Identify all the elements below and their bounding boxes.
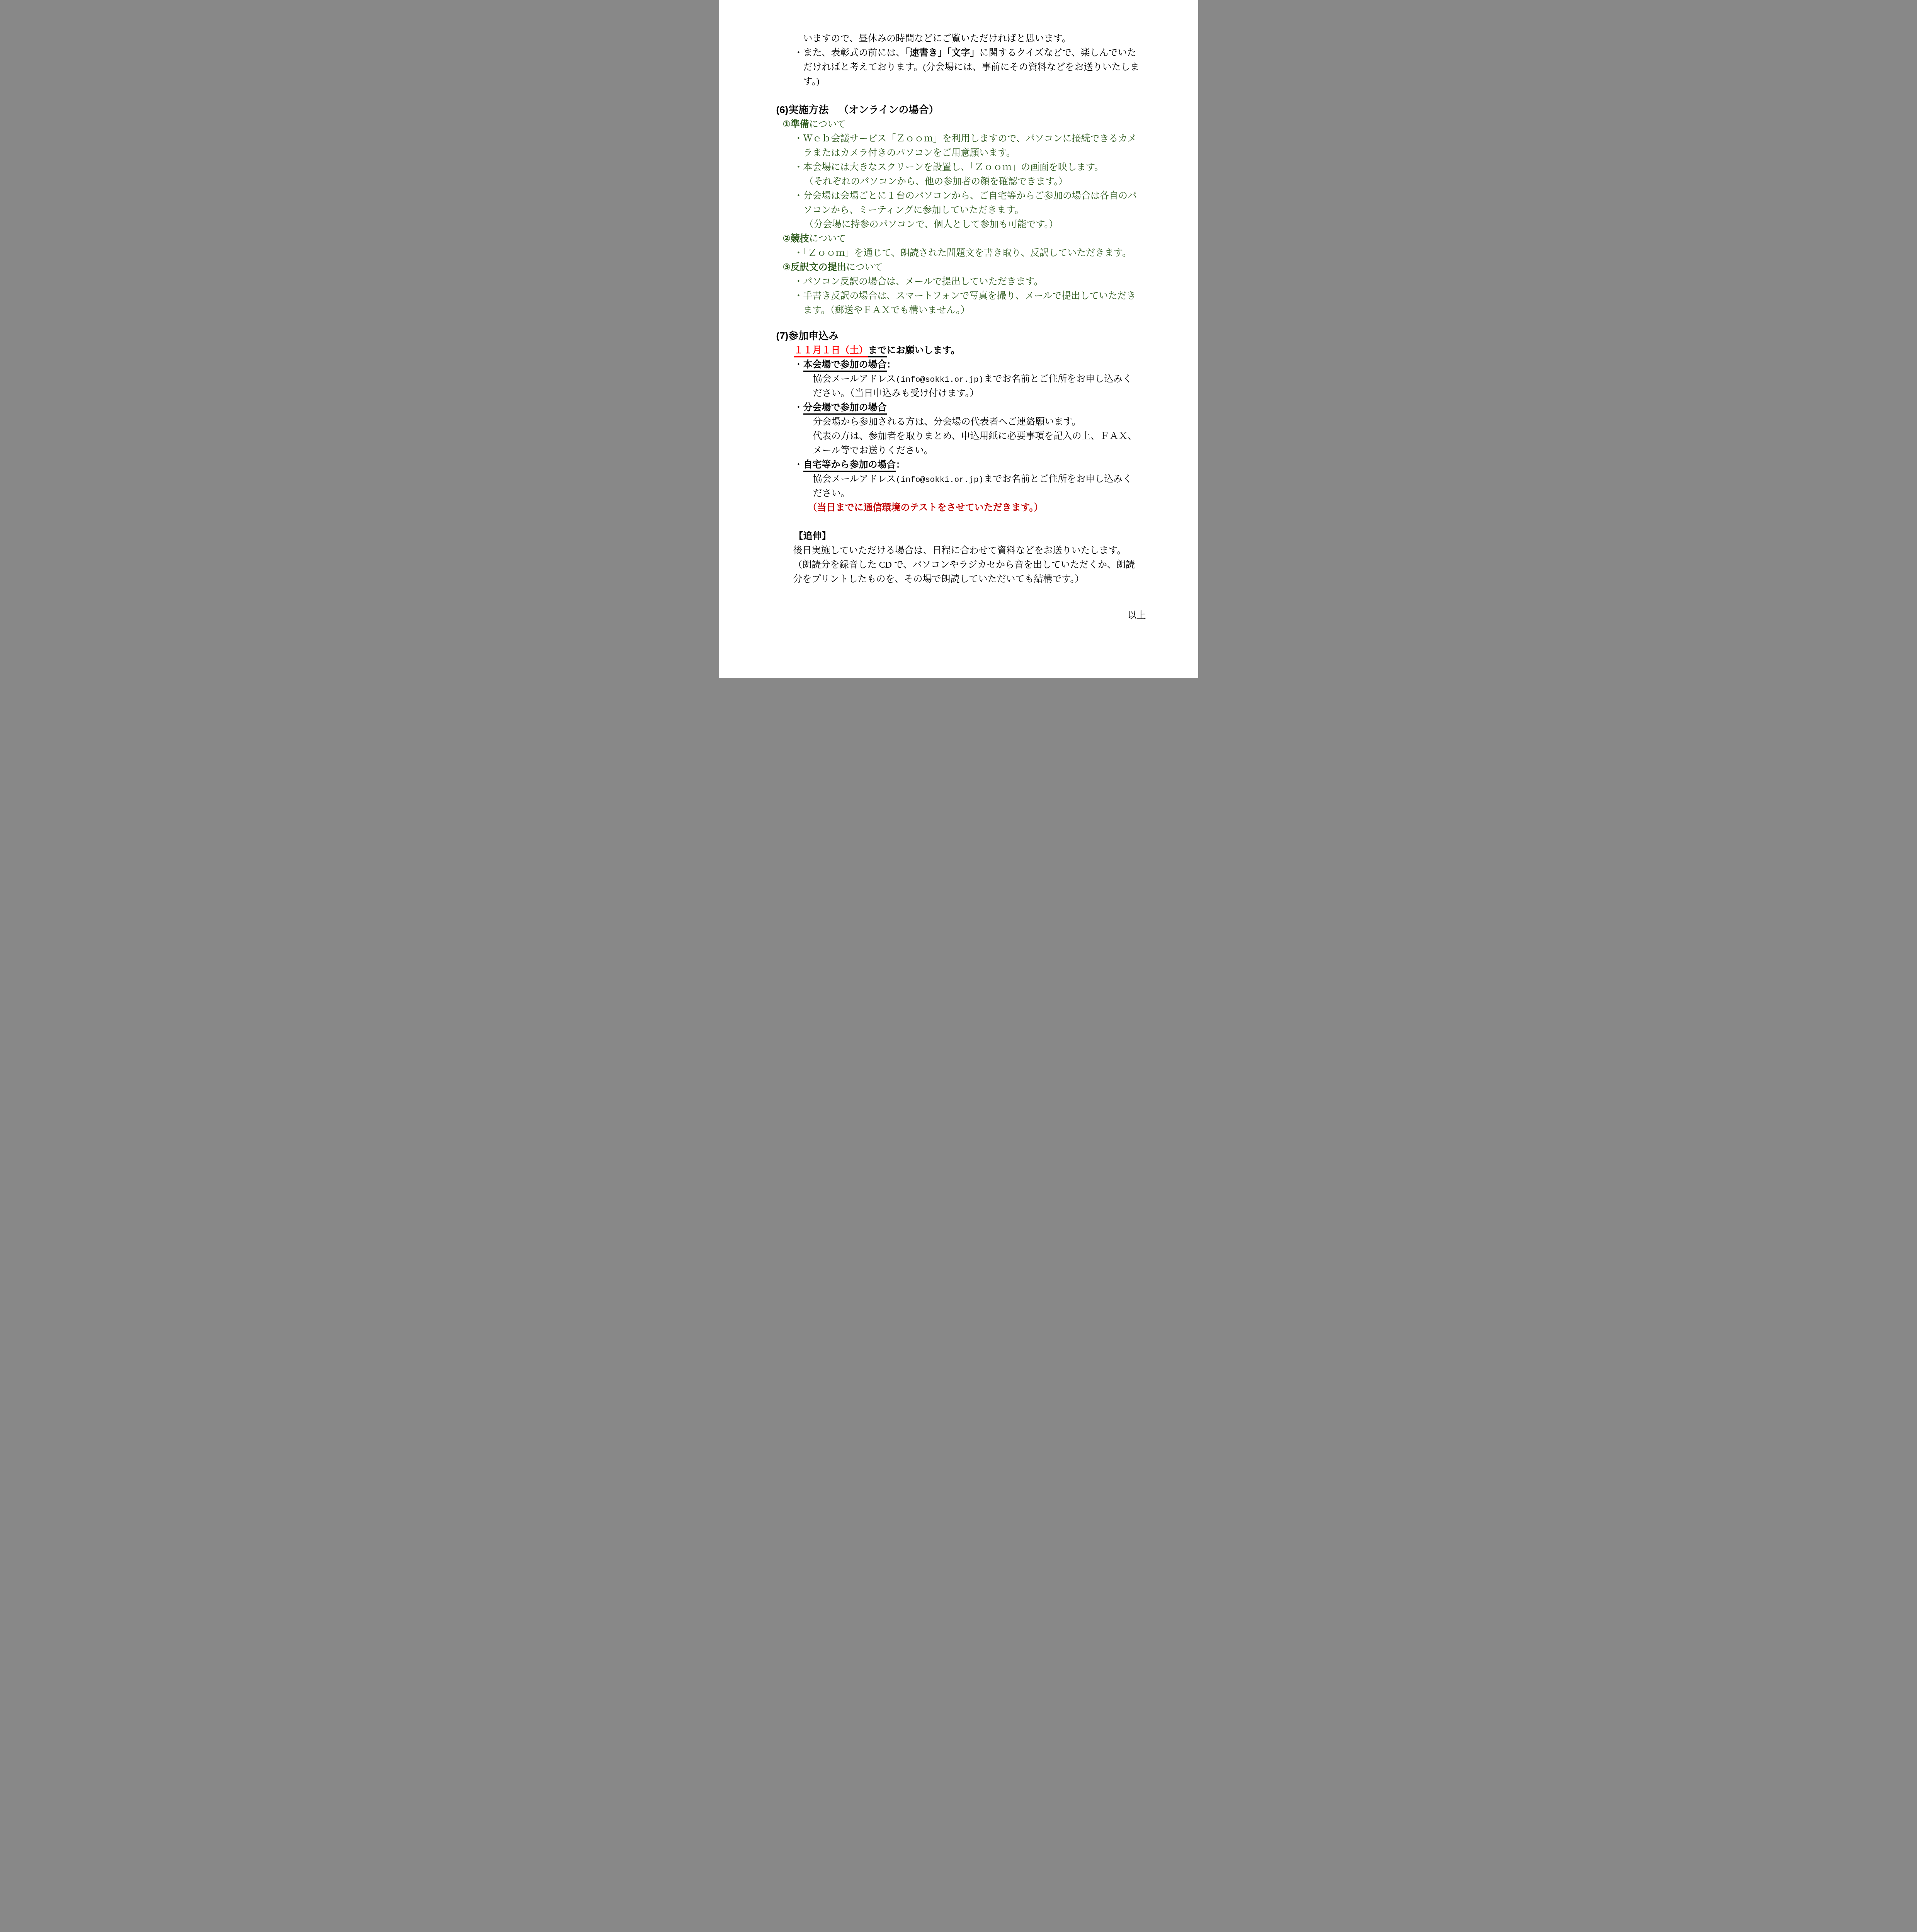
section-7-heading: (7)参加申込み xyxy=(776,330,839,342)
subsection-compete-heading: ②競技について xyxy=(783,233,846,245)
prep-bullet-3-line-2: ソコンから、ミーティングに参加していただきます。 xyxy=(803,204,1024,216)
intro-line-3: だければと考えております。(分会場には、事前にその資料などをお送りいたしま xyxy=(803,61,1140,73)
postscript-line-2: （朗読分を録音した CD で、パソコンやラジカセから音を出していただくか、朗読 xyxy=(793,559,1135,571)
intro-line-2: ・また、表彰式の前には、「速書き」「文字」に関するクイズなどで、楽しんでいた xyxy=(794,47,1136,59)
subsection-prep-suffix: について xyxy=(809,119,846,129)
intro-line-1: いますので、昼休みの時間などにご覧いただければと思います。 xyxy=(803,33,1072,44)
submit-bullet-2-line-1: ・手書き反訳の場合は、スマートフォンで写真を撮り、メールで提出していただき xyxy=(794,290,1136,302)
subsection-prep-label: ①準備 xyxy=(783,119,809,129)
home-venue-colon: ： xyxy=(896,460,905,470)
main-venue-bullet: ・ xyxy=(794,360,803,370)
prep-bullet-3-line-1: ・分会場は会場ごとに１台のパソコンから、ご自宅等からご参加の場合は各自のパ xyxy=(794,190,1137,202)
deadline-made: まで xyxy=(868,345,887,357)
submit-bullet-1: ・パソコン反訳の場合は、メールで提出していただきます。 xyxy=(794,276,1043,287)
subsection-compete-label: ②競技 xyxy=(783,233,809,244)
home-venue-line-2: ださい。 xyxy=(813,488,850,499)
main-venue-l1a: 協会メールアドレス xyxy=(813,374,896,384)
section-6-subtitle: （オンラインの場合） xyxy=(839,104,939,116)
compete-bullet-1: ・「Ｚｏｏｍ」を通じて、朗読された問題文を書き取り、反訳していただきます。 xyxy=(794,247,1132,259)
subsection-submit-suffix: について xyxy=(846,262,883,272)
document-page: いますので、昼休みの時間などにご覧いただければと思います。 ・また、表彰式の前に… xyxy=(719,0,1198,678)
prep-bullet-3-note: （分会場に持参のパソコンで、個人として参加も可能です。） xyxy=(805,219,1058,230)
postscript-heading: 【追伸】 xyxy=(794,531,831,542)
deadline-line: １１月１日（土）までにお願いします。 xyxy=(794,345,960,356)
main-venue-line-1: 協会メールアドレス(info@sokki.or.jp)までお名前とご住所をお申し… xyxy=(813,373,1132,385)
postscript-line-3: 分をプリントしたものを、その場で朗読していただいても結構です。） xyxy=(793,573,1084,585)
deadline-date: １１月１日（土） xyxy=(794,345,868,357)
home-venue-bullet: ・ xyxy=(794,460,803,470)
section-7-number: (7) xyxy=(776,330,789,342)
prep-bullet-2-note: （それぞれのパソコンから、他の参加者の顔を確認できます。） xyxy=(805,176,1068,187)
intro-line-2-post: に関するクイズなどで、楽しんでいた xyxy=(980,48,1136,58)
prep-bullet-2: ・本会場には大きなスクリーンを設置し、「Ｚｏｏｍ」の画面を映します。 xyxy=(794,162,1104,173)
home-venue-l1c: までお名前とご住所をお申し込みく xyxy=(983,474,1132,484)
home-venue-heading: ・自宅等から参加の場合： xyxy=(794,459,905,471)
home-venue-line-1: 協会メールアドレス(info@sokki.or.jp)までお名前とご住所をお申し… xyxy=(813,473,1132,485)
deadline-rest: にお願いします。 xyxy=(887,345,960,355)
main-venue-label: 本会場で参加の場合 xyxy=(803,360,887,372)
intro-line-2-bold: 「速書き」「文字」 xyxy=(905,48,980,58)
main-venue-line-2: ださい。（当日申込みも受け付けます。） xyxy=(813,388,979,399)
branch-venue-heading: ・分会場で参加の場合 xyxy=(794,402,887,413)
branch-venue-label: 分会場で参加の場合 xyxy=(803,403,887,415)
main-venue-heading: ・本会場で参加の場合： xyxy=(794,359,896,371)
subsection-submit-heading: ③反訳文の提出について xyxy=(783,262,883,273)
subsection-submit-label: ③反訳文の提出 xyxy=(783,262,846,272)
main-venue-email: (info@sokki.or.jp) xyxy=(896,376,983,384)
intro-line-4: す。) xyxy=(803,76,820,87)
main-venue-colon: ： xyxy=(887,360,896,370)
home-venue-email: (info@sokki.or.jp) xyxy=(896,476,983,485)
branch-venue-line-3: メール等でお送りください。 xyxy=(813,445,934,456)
closing-word: 以上 xyxy=(1128,610,1146,621)
main-venue-l1c: までお名前とご住所をお申し込みく xyxy=(983,374,1132,384)
subsection-compete-suffix: について xyxy=(809,234,846,244)
section-6-heading: (6)実施方法（オンラインの場合） xyxy=(776,104,939,116)
connection-test-note: （当日までに通信環境のテストをさせていただきます。） xyxy=(808,502,1043,514)
home-venue-label: 自宅等から参加の場合 xyxy=(803,460,896,472)
home-venue-l1a: 協会メールアドレス xyxy=(813,474,896,484)
postscript-line-1: 後日実施していただける場合は、日程に合わせて資料などをお送りいたします。 xyxy=(793,545,1126,556)
prep-bullet-1-line-1: ・Ｗｅｂ会議サービス「Ｚｏｏｍ」を利用しますので、パソコンに接続できるカメ xyxy=(794,133,1137,145)
branch-venue-line-1: 分会場から参加される方は、分会場の代表者へご連絡願います。 xyxy=(813,416,1081,428)
prep-bullet-1-line-2: ラまたはカメラ付きのパソコンをご用意願います。 xyxy=(803,147,1016,159)
intro-line-2-pre: ・また、表彰式の前には、 xyxy=(794,48,905,58)
subsection-prep-heading: ①準備について xyxy=(783,119,846,130)
branch-venue-line-2: 代表の方は、参加者を取りまとめ、申込用紙に必要事項を記入の上、ＦＡＸ、 xyxy=(813,430,1137,442)
section-6-number: (6) xyxy=(776,104,789,116)
submit-bullet-2-line-2: ます。（郵送やＦＡＸでも構いません。） xyxy=(803,304,970,316)
branch-venue-bullet: ・ xyxy=(794,403,803,413)
section-7-title: 参加申込み xyxy=(788,330,839,342)
section-6-title: 実施方法 xyxy=(788,104,828,116)
